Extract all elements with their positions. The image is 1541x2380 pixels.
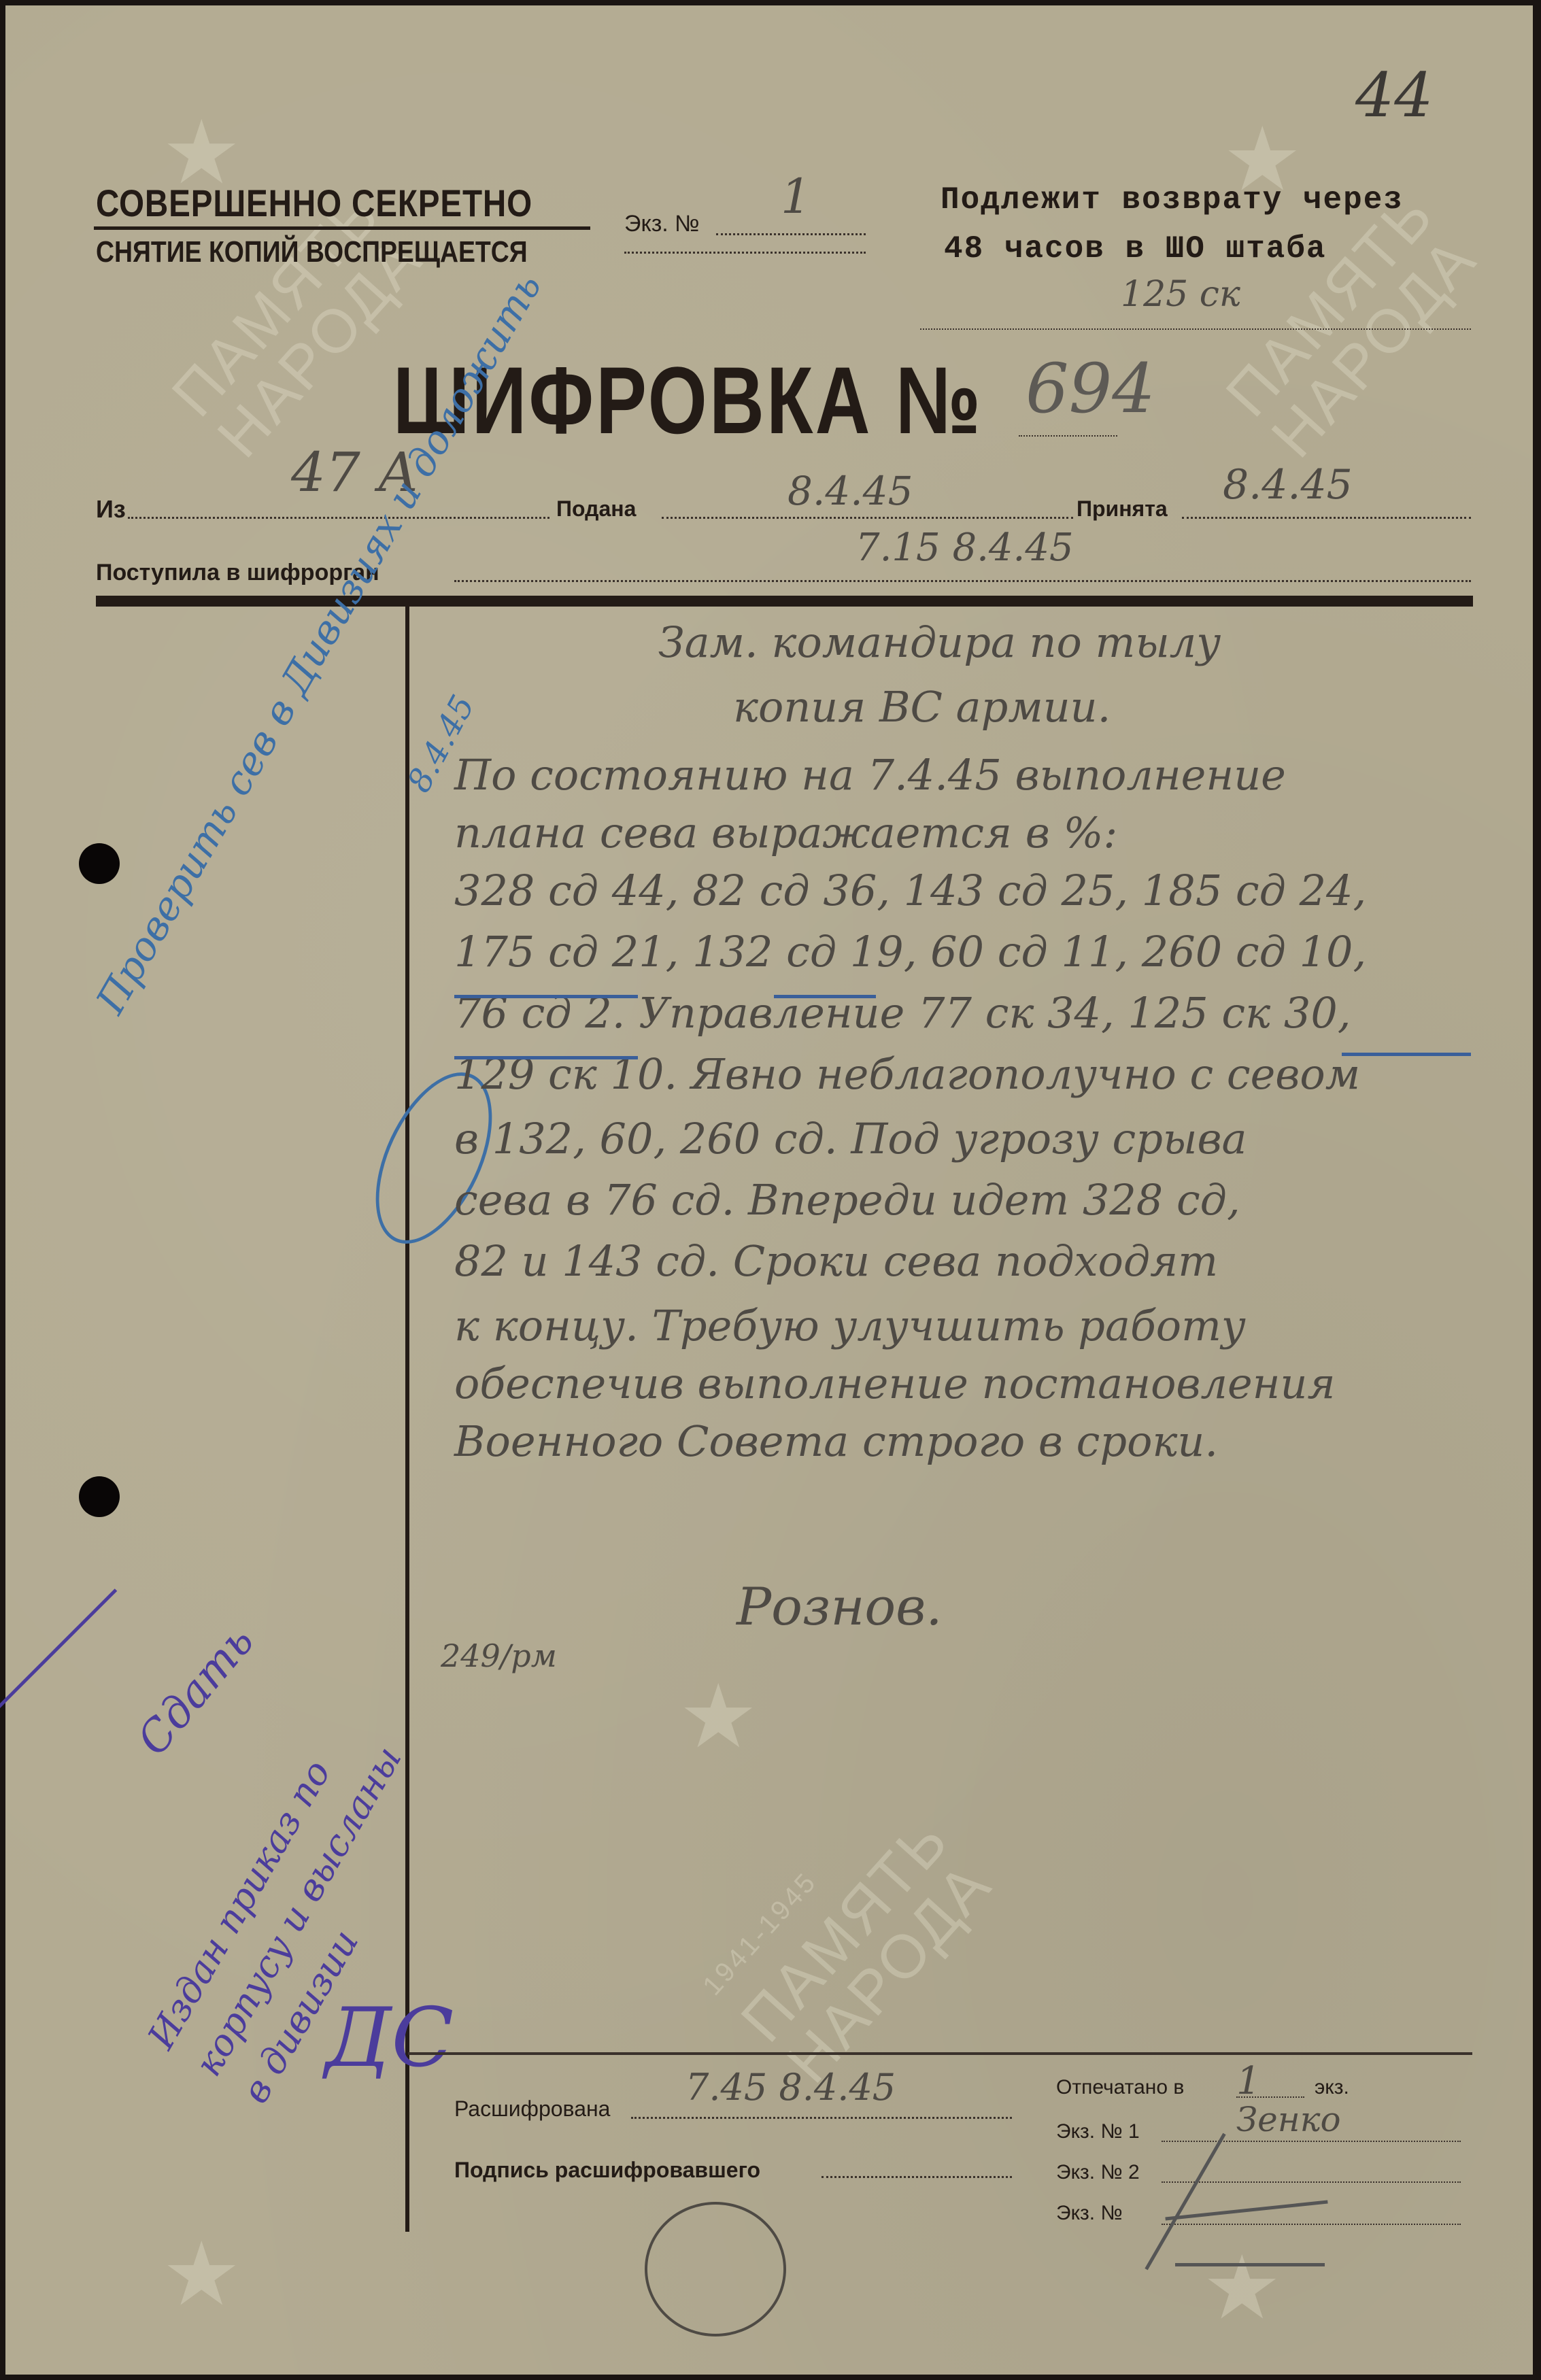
margin-note-violet-1: Сдать [128,1616,264,1765]
footer-rule [408,2052,1472,2055]
divider [94,226,590,230]
decrypted-label: Расшифрована [454,2096,610,2122]
return-notice-handwritten: 125 ск [1121,274,1240,315]
body-line: к концу. Требую улучшить работу [454,1301,1246,1350]
decrypted-field [631,2117,1012,2119]
watermark-star-icon: ★ [679,1665,758,1768]
body-line: 328 сд 44, 82 сд 36, 143 сд 25, 185 сд 2… [454,866,1366,915]
highlight-underline [1342,1053,1471,1056]
arrived-value: 7.15 8.4.45 [856,526,1074,570]
decrypted-value: 7.45 8.4.45 [685,2066,896,2109]
copy1-value: Зенко [1236,2100,1341,2139]
signature-label: Подпись расшифровавшего [454,2158,760,2183]
watermark: 1941-1945ПАМЯТЬНАРОДА [685,1767,1005,2094]
copy-number-value: 1 [781,169,811,224]
highlight-underline [454,995,638,998]
registration-number: 249/рм [441,1637,557,1674]
document-page: ★ ПАМЯТЬНАРОДА ★ ПАМЯТЬНАРОДА ★ 1941-194… [5,5,1533,2375]
return-notice-line1: Подлежит возврату через [941,182,1404,218]
divider [920,328,1471,330]
body-line: По состоянию на 7.4.45 выполнение [454,750,1286,800]
classification-stamp: СОВЕРШЕННО СЕКРЕТНО [96,181,532,225]
cipher-number: 694 [1026,349,1155,428]
margin-initials: ДС [325,1991,454,2086]
addressee-line1: Зам. командира по тылу [658,617,1221,667]
punch-hole [79,843,120,884]
body-line: 82 и 143 сд. Сроки сева подходят [454,1236,1218,1286]
signature-field [822,2176,1012,2178]
copy-number-label: Экз. № [624,211,700,237]
body-line: сева в 76 сд. Впереди идет 328 сд, [454,1175,1240,1225]
printed-suffix: экз. [1315,2076,1349,2099]
sender-signature: Рознов. [736,1576,943,1637]
header-rule [96,596,1473,607]
from-label: Из [96,495,126,524]
printed-label: Отпечатано в [1056,2076,1184,2099]
margin-divider-stroke [0,1588,117,1831]
submitted-value: 8.4.45 [788,468,913,514]
divider [624,252,866,254]
copy1-field [1162,2141,1461,2142]
decryptor-signature [645,2202,786,2336]
copy3-label: Экз. № [1056,2202,1123,2225]
printed-value: 1 [1236,2059,1261,2103]
body-line: Военного Совета строго в сроки. [454,1416,1218,1466]
submitted-label: Подана [556,496,636,522]
punch-hole [79,1476,120,1517]
copy2-label: Экз. № 2 [1056,2161,1140,2184]
submitted-field [662,517,1073,519]
arrived-field [454,580,1471,582]
body-line: 175 сд 21, 132 сд 19, 60 сд 11, 260 сд 1… [454,927,1366,976]
copy1-label: Экз. № 1 [1056,2120,1140,2143]
copy2-field [1162,2181,1461,2183]
body-line: в 132, 60, 260 сд. Под угрозу срыва [454,1114,1247,1163]
margin-rule [405,607,409,2232]
watermark-star-icon: ★ [1202,2236,1282,2339]
sheet-number: 44 [1355,60,1434,131]
copy-restriction: СНЯТИЕ КОПИЙ ВОСПРЕЩАЕТСЯ [96,235,528,269]
body-line: плана сева выражается в %: [454,808,1117,857]
highlight-underline [454,1056,638,1059]
strike-mark [1175,2263,1325,2266]
strike-mark [1165,2200,1327,2220]
received-value: 8.4.45 [1223,461,1353,509]
copy-number-field [716,233,866,235]
received-label: Принята [1077,496,1168,522]
copy3-field [1162,2224,1461,2225]
body-line: обеспечив выполнение постановления [454,1359,1336,1408]
received-field [1182,517,1471,519]
highlight-underline [774,995,876,998]
return-notice-line2: 48 часов в ШО штаба [944,231,1327,267]
title-number-field [1019,435,1117,437]
addressee-line2: копия ВС армии. [733,682,1111,732]
from-field [128,517,549,519]
watermark: ПАМЯТЬНАРОДА [1216,183,1490,469]
watermark-star-icon: ★ [162,2222,241,2326]
